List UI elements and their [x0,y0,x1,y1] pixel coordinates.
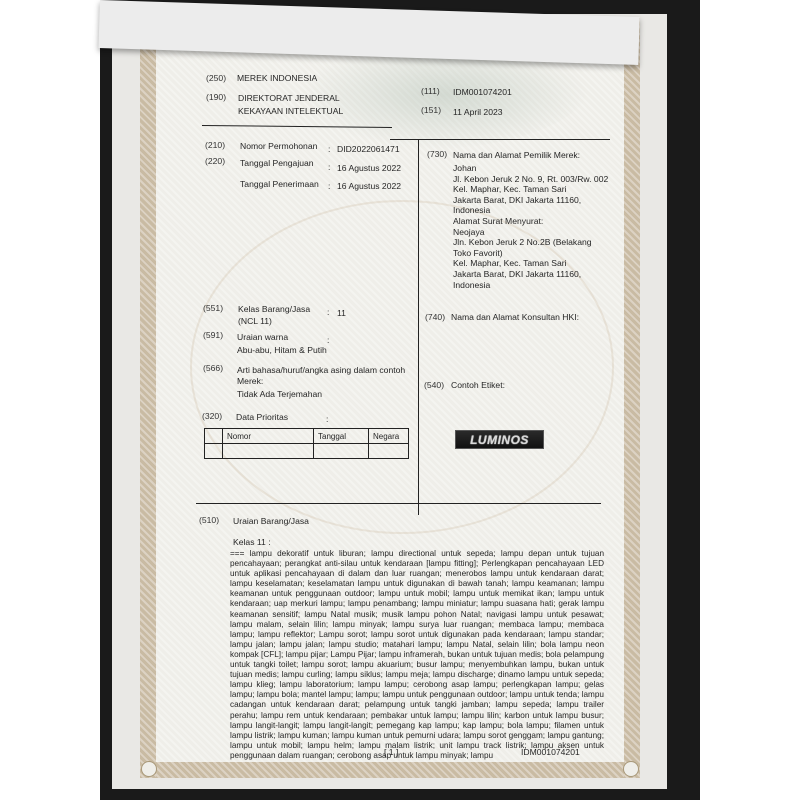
colon: : [328,182,330,191]
translation-label-2: Merek: [237,377,263,386]
owner-address-line: Indonesia [453,281,490,290]
translation-label: Arti bahasa/huruf/angka asing dalam cont… [237,366,405,375]
code-111: (111) [421,87,440,96]
code-591: (591) [203,331,223,340]
owner-address-line: Indonesia [453,206,490,215]
code-220: (220) [205,157,225,166]
code-551: (551) [203,304,223,313]
issuer-line-1: DIREKTORAT JENDERAL [238,94,340,103]
divider-goods [196,503,601,504]
owner-label: Nama dan Alamat Pemilik Merek: [453,151,580,160]
code-190: (190) [206,93,226,102]
receipt-date-label: Tanggal Penerimaan [240,180,319,189]
table-cell [369,444,409,459]
table-cell [205,444,223,459]
table-cell [223,444,314,459]
brand-logo-text: LUMINOS [470,433,529,447]
goods-class-heading: Kelas 11 : [233,538,271,547]
code-740: (740) [425,313,445,322]
registration-number: IDM001074201 [453,88,512,97]
divider-top-right [390,139,610,140]
owner-address-line: Kel. Maphar, Kec. Taman Sari [453,259,567,268]
owner-address-line: Jl. Kebon Jeruk 2 No. 9, Rt. 003/Rw. 002 [453,175,608,184]
table-header-blank [205,429,223,444]
colon: : [327,308,329,317]
code-320: (320) [202,412,222,421]
owner-address-line: Alamat Surat Menyurat: [453,217,543,226]
code-566: (566) [203,364,223,373]
owner-address-line: Jakarta Barat, DKI Jakarta 11160, [453,196,581,205]
code-210: (210) [205,141,225,150]
owner-address-line: Neojaya [453,228,485,237]
colon: : [328,145,330,154]
filing-date-label: Tanggal Pengajuan [240,159,314,168]
code-151: (151) [421,106,441,115]
table-header-number: Nomor [223,429,314,444]
goods-label: Uraian Barang/Jasa [233,517,309,526]
mark-type: MEREK INDONESIA [237,74,317,83]
table-cell [314,444,369,459]
owner-address-line: Toko Favorit) [453,249,503,258]
code-250: (250) [206,74,226,83]
colon: : [326,415,328,424]
application-number-label: Nomor Permohonan [240,142,317,151]
corner-ornament-icon [141,761,157,777]
code-510: (510) [199,516,219,525]
label-sample-title: Contoh Etiket: [451,381,505,390]
owner-address-line: Johan [453,164,476,173]
owner-address-line: Jln. Kebon Jeruk 2 No.2B (Belakang [453,238,592,247]
table-header-date: Tanggal [314,429,369,444]
priority-label: Data Prioritas [236,413,288,422]
filing-date: 16 Agustus 2022 [337,164,401,173]
priority-table-header: Nomor Tanggal Negara [205,429,409,444]
code-540: (540) [424,381,444,390]
goods-description: === lampu dekoratif untuk liburan; lampu… [230,549,604,761]
owner-address-line: Jakarta Barat, DKI Jakarta 11160, [453,270,581,279]
issuer-line-2: KEKAYAAN INTELEKTUAL [238,107,343,116]
colon: : [328,163,330,172]
receipt-date: 16 Agustus 2022 [337,182,401,191]
table-header-country: Negara [369,429,409,444]
registration-date: 11 April 2023 [453,108,503,117]
page-number: [ 1 ] [384,748,398,757]
translation-value: Tidak Ada Terjemahan [237,390,322,399]
colon: : [327,336,329,345]
class-label: Kelas Barang/Jasa [238,305,310,314]
owner-address-line: Kel. Maphar, Kec. Taman Sari [453,185,567,194]
code-730: (730) [427,150,447,159]
class-value: 11 [337,309,346,318]
column-divider [418,139,419,515]
color-label: Uraian warna [237,333,288,342]
corner-ornament-icon [623,761,639,777]
brand-logo: LUMINOS [455,430,544,449]
class-label-ncl: (NCL 11) [238,317,272,326]
color-value: Abu-abu, Hitam & Putih [237,346,327,355]
priority-table: Nomor Tanggal Negara [204,428,409,459]
table-row [205,444,409,459]
consultant-label: Nama dan Alamat Konsultan HKI: [451,313,579,322]
footer-registration-number: IDM001074201 [521,748,580,757]
application-number: DID2022061471 [337,145,400,154]
